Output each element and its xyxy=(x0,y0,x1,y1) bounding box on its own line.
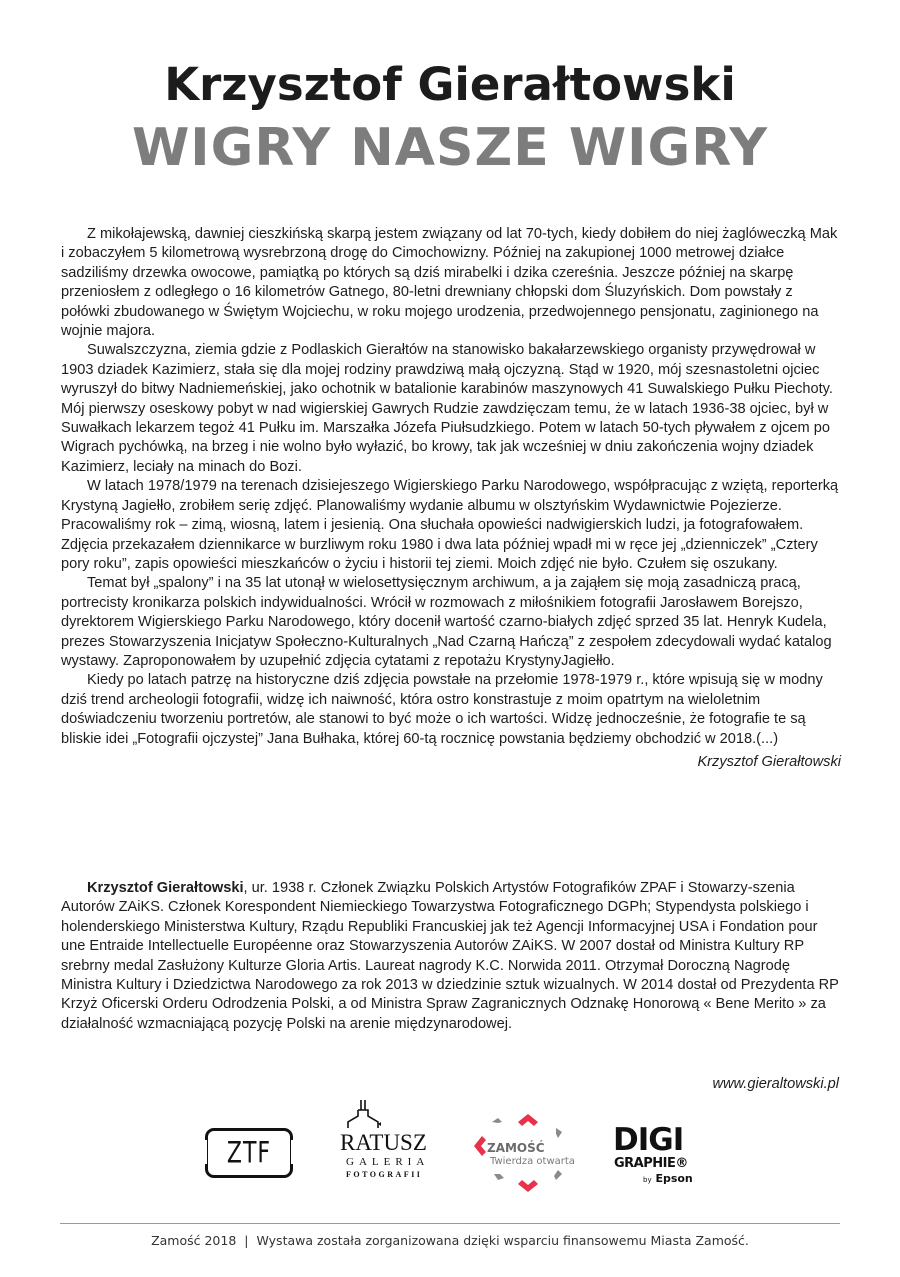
footer-place-year: Zamość 2018 xyxy=(151,1233,236,1248)
ratusz-gallery-logo: RATUSZ GALERIA FOTOGRAFII xyxy=(332,1100,432,1182)
essay-paragraph: Temat był „spalony” i na 35 lat utonął w… xyxy=(61,574,841,671)
website-link[interactable]: www.gieraltowski.pl xyxy=(712,1076,839,1092)
digigraphie-epson-logo: DIGI GRAPHIE® by Epson xyxy=(613,1126,703,1186)
essay-text: Z mikołajewską, dawniej cieszkińską skar… xyxy=(61,225,841,772)
essay-paragraph: Z mikołajewską, dawniej cieszkińską skar… xyxy=(61,225,841,341)
author-name-heading: Krzysztof Gierałtowski xyxy=(0,58,900,111)
essay-signature: Krzysztof Gierałtowski xyxy=(61,753,841,772)
footer-divider xyxy=(60,1223,840,1224)
bio-name: Krzysztof Gierałtowski xyxy=(87,880,244,896)
essay-paragraph: Suwalszczyzna, ziemia gdzie z Podlaskich… xyxy=(61,341,841,477)
essay-paragraph: W latach 1978/1979 na terenach dzisiejes… xyxy=(61,477,841,574)
footer: Zamość 2018|Wystawa została zorganizowan… xyxy=(0,1233,900,1248)
essay-paragraph: Kiedy po latach patrzę na historyczne dz… xyxy=(61,671,841,749)
zamosc-logo: ZAMOŚĆ Twierdza otwarta xyxy=(470,1108,590,1198)
sponsor-logos: ZTF RATUSZ GALERIA FOTOGRAFII ZAMOŚĆ Twi… xyxy=(190,1100,720,1200)
bio-text: , ur. 1938 r. Członek Związku Polskich A… xyxy=(61,880,839,1032)
author-bio: Krzysztof Gierałtowski, ur. 1938 r. Czło… xyxy=(61,879,841,1034)
exhibition-title: WIGRY NASZE WIGRY xyxy=(0,118,900,178)
footer-separator: | xyxy=(244,1233,248,1248)
ztf-logo: ZTF xyxy=(205,1128,293,1178)
footer-note: Wystawa została zorganizowana dzięki wsp… xyxy=(257,1233,749,1248)
